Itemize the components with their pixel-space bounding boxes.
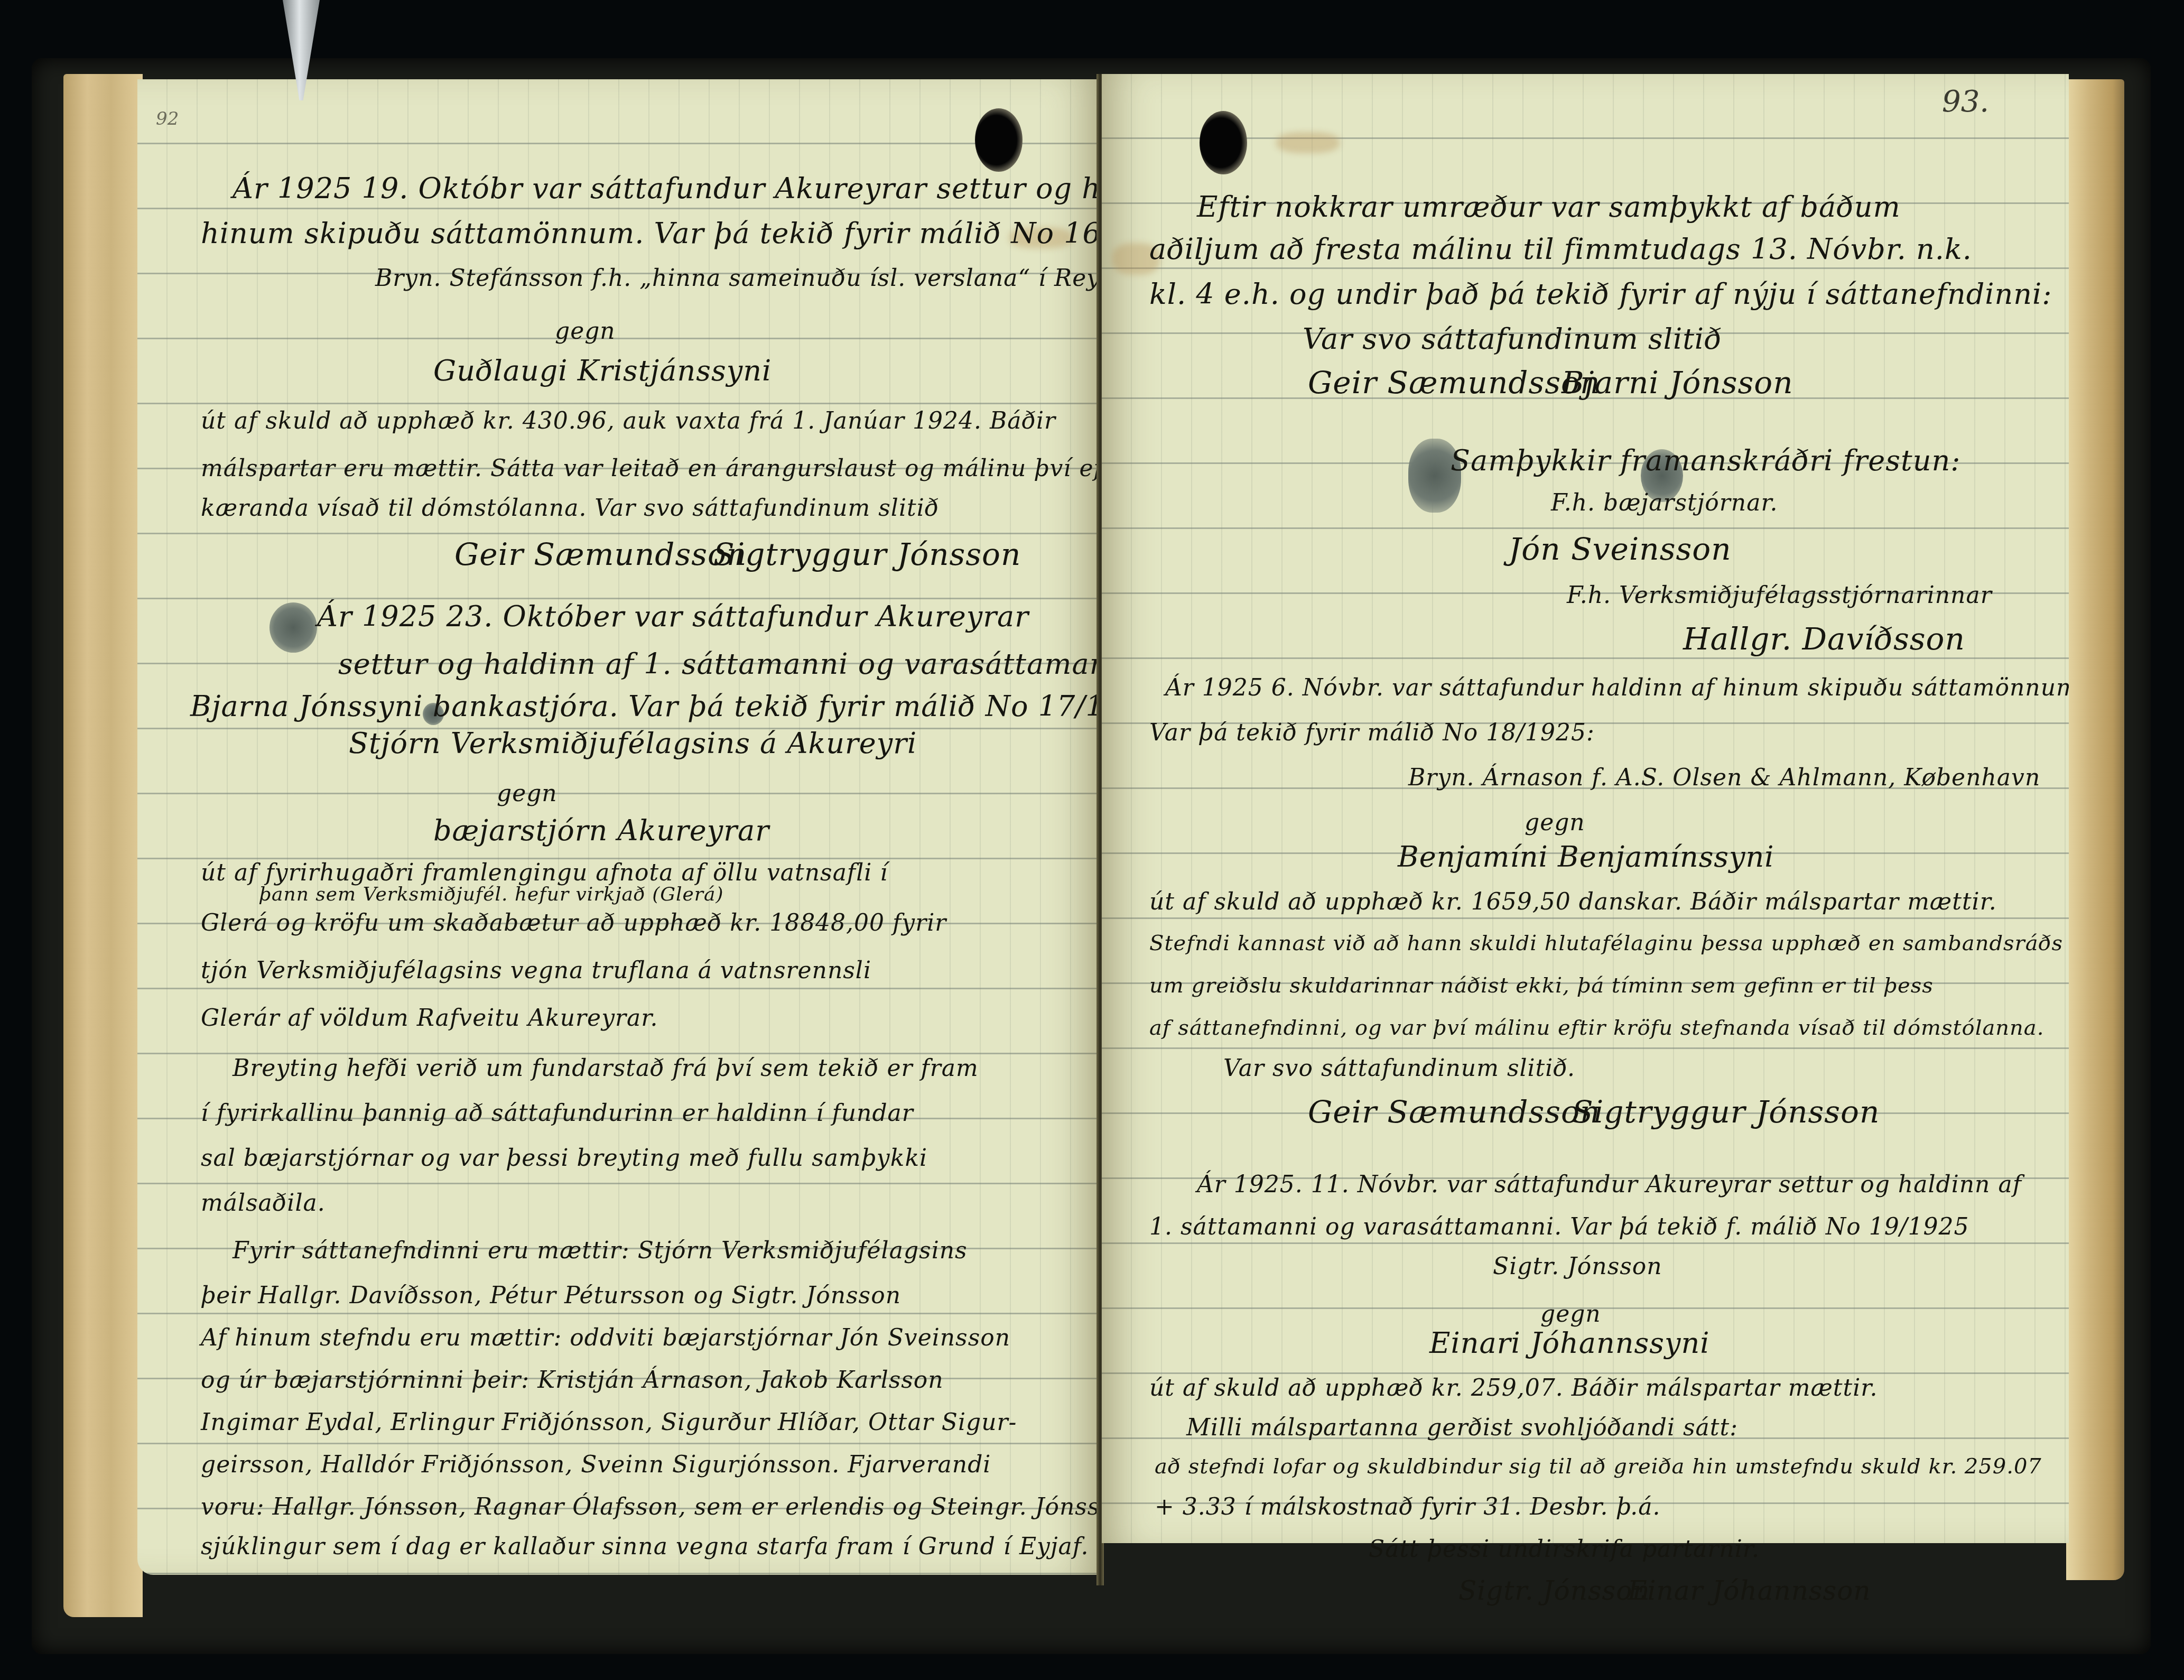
entry-17-line: Breyting hefði verið um fundarstað frá þ…: [233, 1057, 979, 1080]
entry-19-plaintiff: Sigtr. Jónsson: [1493, 1255, 1662, 1278]
entry-19-line: Milli málspartanna gerðist svohljóðandi …: [1186, 1416, 1738, 1440]
signature: Sigtryggur Jónsson: [1572, 1097, 1880, 1127]
signature: Sigtr. Jónsson: [1458, 1577, 1650, 1604]
entry-17-line: Glerár af völdum Rafveitu Akureyrar.: [201, 1007, 658, 1030]
entry-17-plaintiff: Stjórn Verksmiðjufélagsins á Akureyri: [349, 729, 917, 758]
entry-17-defendant: bæjarstjórn Akureyrar: [433, 816, 769, 845]
entry-19-defendant: Einari Jóhannssyni: [1429, 1329, 1710, 1358]
entry-18-line: Stefndi kannast við að hann skuldi hluta…: [1149, 933, 2063, 954]
page-number: 93.: [1942, 85, 1989, 119]
entry-17-line: sjúklingur sem í dag er kallaður sinna v…: [201, 1535, 1089, 1558]
entry-17-line: Fyrir sáttanefndinni eru mættir: Stjórn …: [233, 1239, 968, 1263]
entry-17-line: þeir Hallgr. Davíðsson, Pétur Pétursson …: [201, 1284, 901, 1307]
entry-19-line: + 3.33 í málskostnað fyrir 31. Desbr. þ.…: [1155, 1496, 1661, 1519]
entry-18-line: Var svo sáttafundinum slitið.: [1223, 1057, 1575, 1080]
approval-role: F.h. bæjarstjórnar.: [1551, 491, 1778, 515]
signature: Hallgr. Davíðsson: [1683, 624, 1965, 654]
entry-19-line: að stefndi lofar og skuldbindur sig til …: [1155, 1456, 2042, 1477]
entry-16-line: út af skuld að upphæð kr. 430.96, auk va…: [201, 410, 1056, 433]
entry-18-gegn: gegn: [1525, 811, 1585, 834]
right-page: Eftir nokkrar umræður var samþykkt af bá…: [1102, 74, 2069, 1543]
entry-17-line: Bjarna Jónssyni bankastjóra. Var þá teki…: [190, 692, 1099, 721]
entry-17-cont-line: Var svo sáttafundinum slitið: [1303, 325, 1722, 354]
entry-16-gegn: gegn: [555, 320, 616, 343]
right-page-edges: [2066, 79, 2124, 1580]
entry-17-line: sal bæjarstjórnar og var þessi breyting …: [201, 1147, 927, 1170]
signature: Geir Sæmundsson: [1308, 367, 1600, 398]
entry-17-line: geirsson, Halldór Friðjónsson, Sveinn Si…: [201, 1453, 991, 1477]
entry-17-line: málsaðila.: [201, 1192, 326, 1215]
entry-17-line: Glerá og kröfu um skaðabætur að upphæð k…: [201, 912, 946, 935]
entry-16-line: hinum skipuðu sáttamönnum. Var þá tekið …: [201, 219, 1099, 248]
entry-17-cont-line: kl. 4 e.h. og undir það þá tekið fyrir a…: [1149, 280, 2052, 309]
entry-18-line: Var þá tekið fyrir málið No 18/1925:: [1149, 721, 1595, 745]
entry-17-line: og úr bæjarstjórninni þeir: Kristján Árn…: [201, 1369, 944, 1392]
entry-18-plaintiff: Bryn. Árnason f. A.S. Olsen & Ahlmann, K…: [1408, 766, 2040, 790]
signature: Geir Sæmundsson: [454, 539, 747, 570]
entry-17-interlinear: þann sem Verksmiðjufél. hefur virkjað (G…: [259, 885, 724, 904]
approval-role: F.h. Verksmiðjufélagsstjórnarinnar: [1567, 584, 1992, 607]
entry-17-line: í fyrirkallinu þannig að sáttafundurinn …: [201, 1102, 914, 1125]
entry-19-line: út af skuld að upphæð kr. 259,07. Báðir …: [1149, 1377, 1878, 1400]
signature: Jón Sveinsson: [1509, 534, 1732, 564]
signature: Sigtryggur Jónsson: [713, 539, 1021, 570]
signature: Einar Jóhannsson: [1628, 1577, 1871, 1604]
punch-hole: [1200, 111, 1247, 174]
entry-17-line: Af hinum stefndu eru mættir: oddviti bæj…: [201, 1326, 1010, 1350]
entry-16-defendant: Guðlaugi Kristjánssyni: [433, 357, 772, 385]
entry-18-defendant: Benjamíni Benjamínssyni: [1398, 843, 1774, 871]
entry-17-line: tjón Verksmiðjufélagsins vegna truflana …: [201, 959, 871, 982]
entry-19-line: 1. sáttamanni og varasáttamanni. Var þá …: [1149, 1215, 1969, 1239]
entry-16-plaintiff: Bryn. Stefánsson f.h. „hinna sameinuðu í…: [375, 267, 1099, 290]
entry-17-cont-line: Eftir nokkrar umræður var samþykkt af bá…: [1197, 193, 1901, 221]
entry-18-line: út af skuld að upphæð kr. 1659,50 danska…: [1149, 890, 1997, 914]
entry-17-line: Ingimar Eydal, Erlingur Friðjónsson, Sig…: [201, 1411, 1017, 1434]
punch-hole: [975, 108, 1023, 172]
entry-17-line: settur og haldinn af 1. sáttamanni og va…: [338, 650, 1099, 679]
entry-18-line: Ár 1925 6. Nóvbr. var sáttafundur haldin…: [1165, 676, 2069, 700]
corner-pencil-mark: 92: [156, 108, 179, 129]
entry-18-line: af sáttanefndinni, og var því málinu eft…: [1149, 1017, 2044, 1038]
entry-19-line: Ár 1925. 11. Nóvbr. var sáttafundur Akur…: [1197, 1173, 2022, 1196]
entry-17-line: út af fyrirhugaðri framlengingu afnota a…: [201, 861, 888, 885]
left-page-edges: [63, 74, 143, 1617]
entry-16-line: málspartar eru mættir. Sátta var leitað …: [201, 457, 1099, 480]
entry-17-gegn: gegn: [497, 782, 557, 805]
entry-17-cont-line: aðiljum að fresta málinu til fimmtudags …: [1149, 235, 1972, 264]
entry-17-line: voru: Hallgr. Jónsson, Ragnar Ólafsson, …: [201, 1496, 1099, 1519]
entry-19-gegn: gegn: [1540, 1303, 1601, 1326]
entry-19-line: Sátt þessi undirskrifa partarnir.: [1369, 1538, 1760, 1561]
approval-heading: Samþykkir framanskráðri frestun:: [1451, 447, 1960, 475]
entry-17-line: Ár 1925 23. Október var sáttafundur Akur…: [317, 602, 1029, 631]
entry-16-line: kæranda vísað til dómstólanna. Var svo s…: [201, 497, 939, 520]
paper-stain: [1276, 132, 1340, 153]
signature: Bjarni Jónsson: [1562, 367, 1793, 398]
ink-blot: [269, 602, 317, 653]
left-page: Ár 1925 19. Októbr var sáttafundur Akure…: [137, 79, 1099, 1575]
signature: Geir Sæmundsson: [1308, 1097, 1600, 1127]
entry-18-line: um greiðslu skuldarinnar náðist ekki, þá…: [1149, 975, 1934, 996]
entry-16-line: Ár 1925 19. Októbr var sáttafundur Akure…: [233, 174, 1099, 203]
